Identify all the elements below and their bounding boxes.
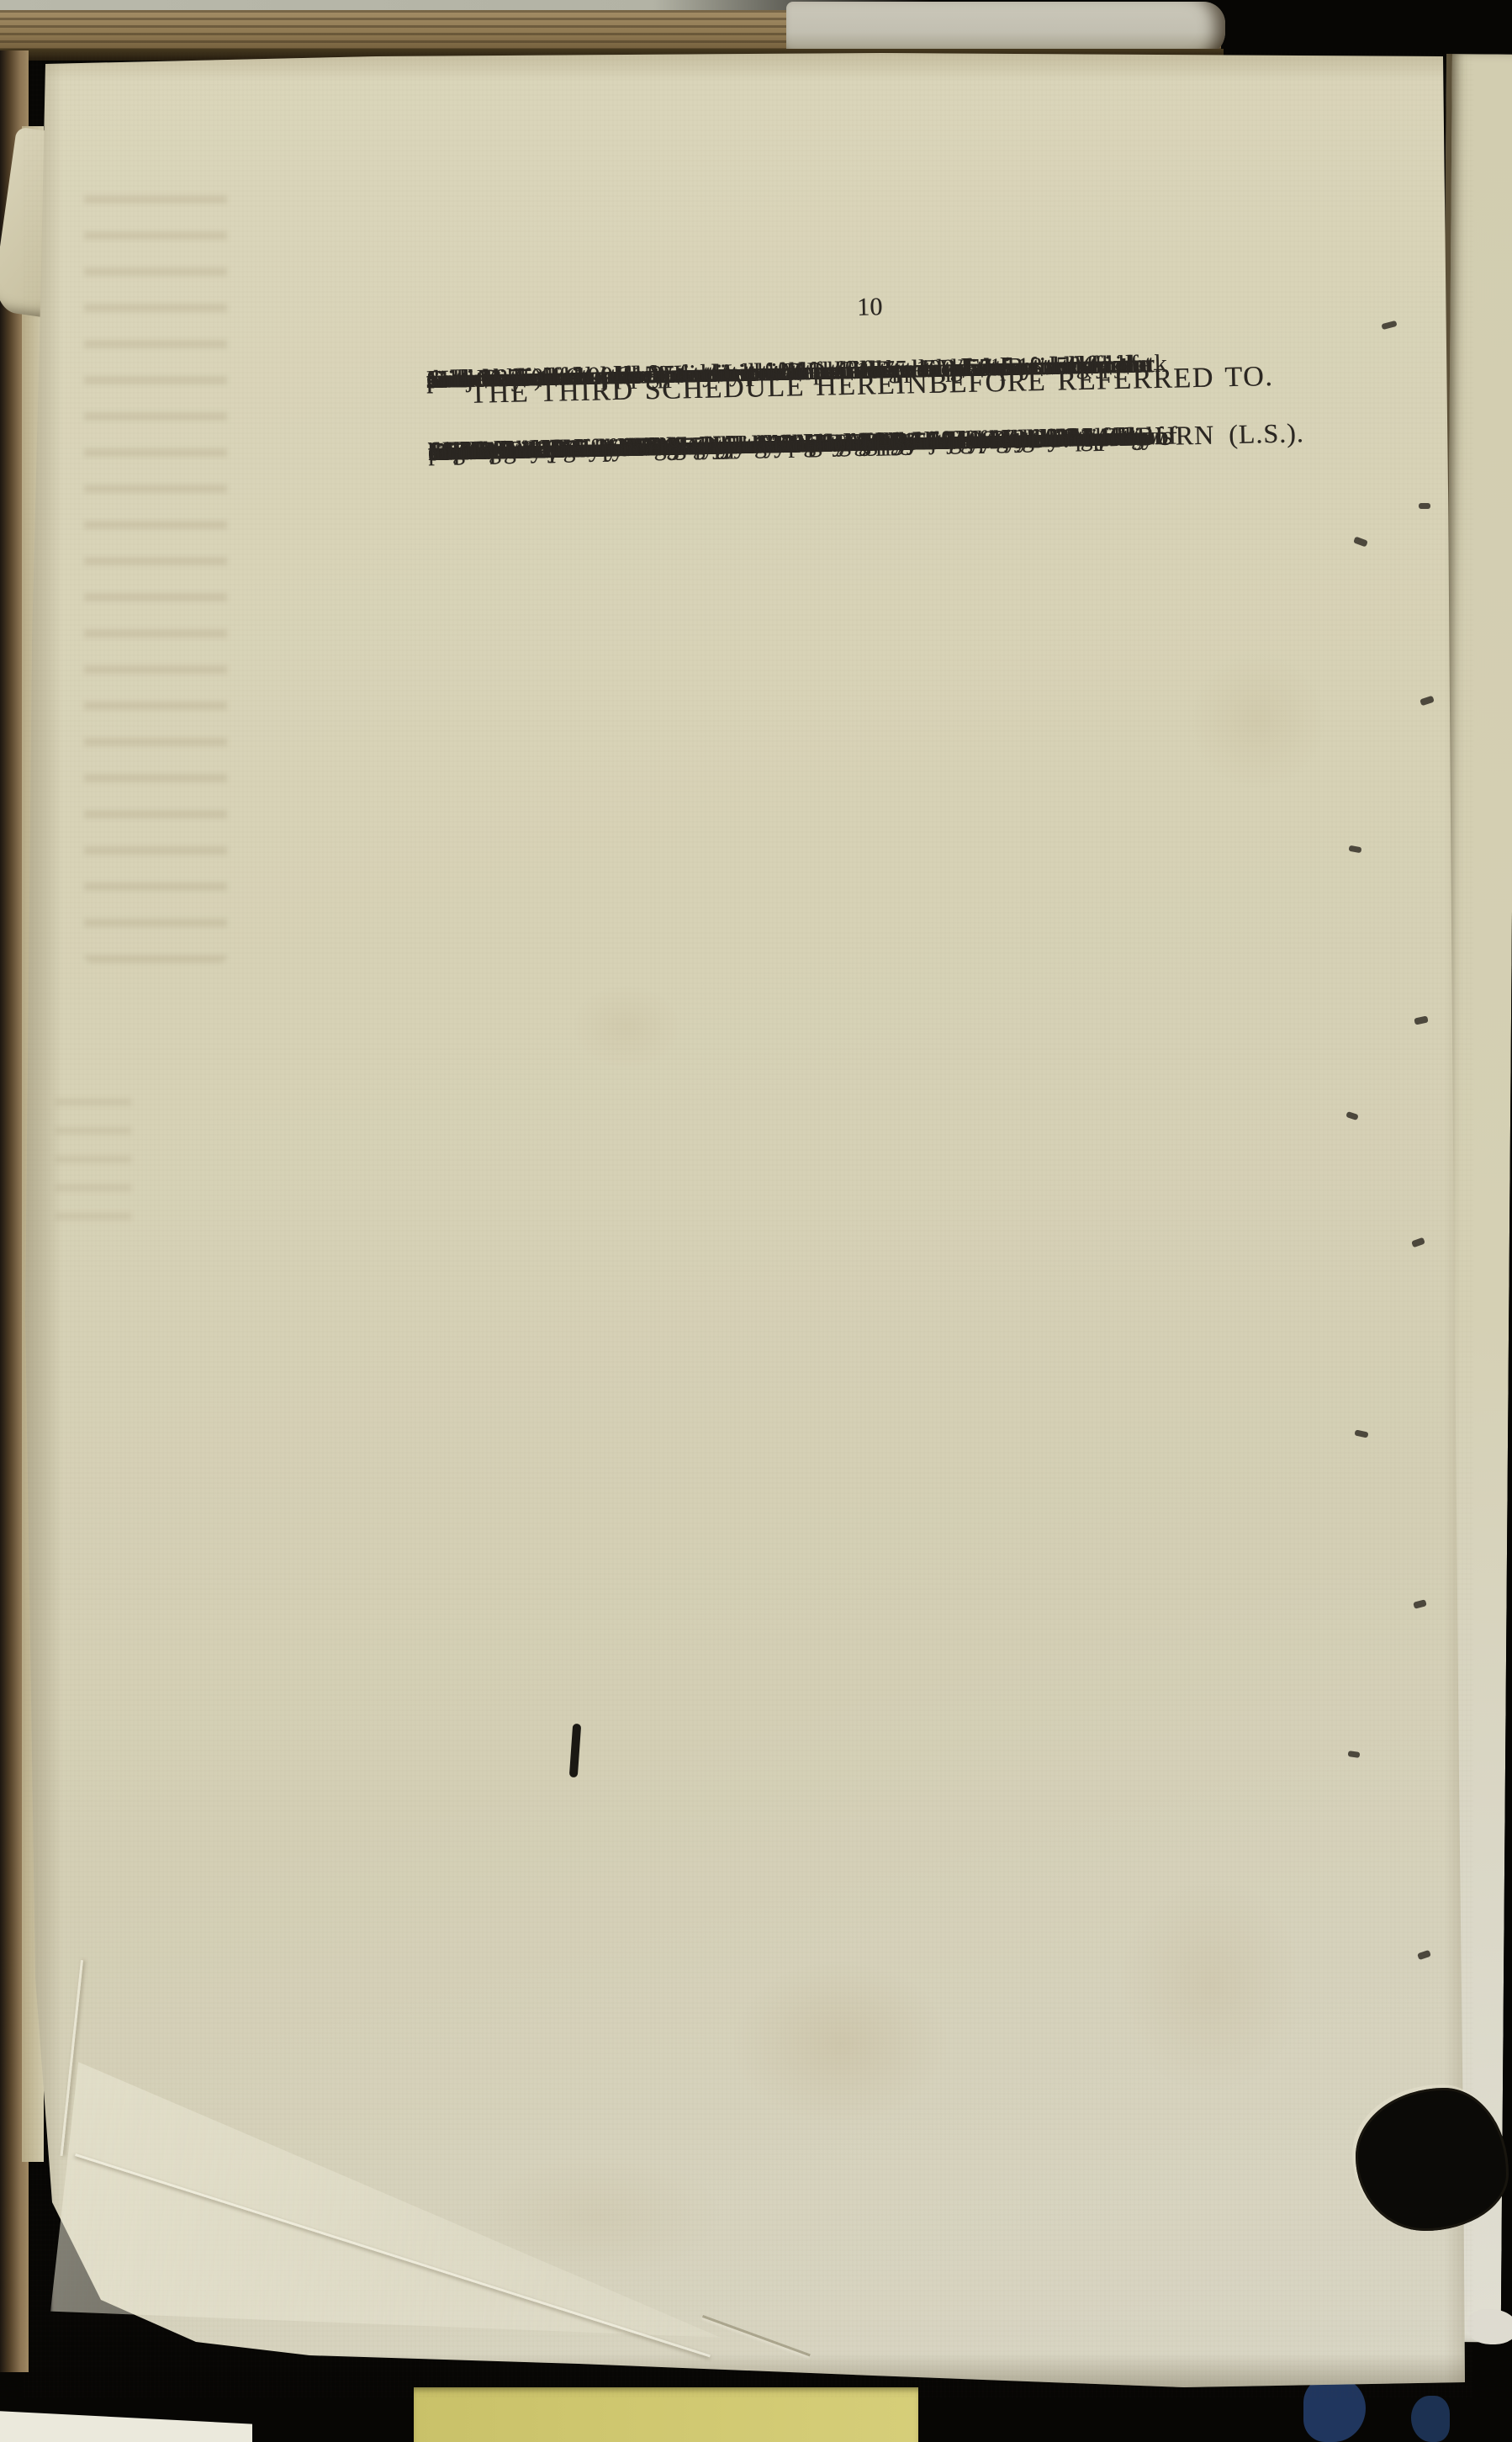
bottom-white-paper xyxy=(0,2399,252,2442)
paper-stain xyxy=(732,1960,950,2128)
printed-text-block: 10 on the south about 150 feet on the ea… xyxy=(425,279,1318,471)
paper-stain xyxy=(1186,648,1329,791)
paragraph-lease-description: on the south about 150 feet on the east … xyxy=(426,342,1316,362)
paper-stain xyxy=(572,984,681,1068)
paper-stain xyxy=(1118,1876,1303,2095)
torn-edge-fragment xyxy=(1467,2309,1512,2344)
ink-bleedthrough xyxy=(84,189,227,963)
book-cover-glimpse xyxy=(1411,2396,1450,2442)
scanned-book-photograph: 10 on the south about 150 feet on the ea… xyxy=(0,0,1512,2442)
margin-mark xyxy=(1419,503,1430,509)
book-cover-glimpse xyxy=(1303,2377,1366,2442)
torn-hole xyxy=(1356,2088,1509,2231)
yellow-slip xyxy=(414,2387,918,2442)
ink-bleedthrough xyxy=(56,1077,131,1220)
